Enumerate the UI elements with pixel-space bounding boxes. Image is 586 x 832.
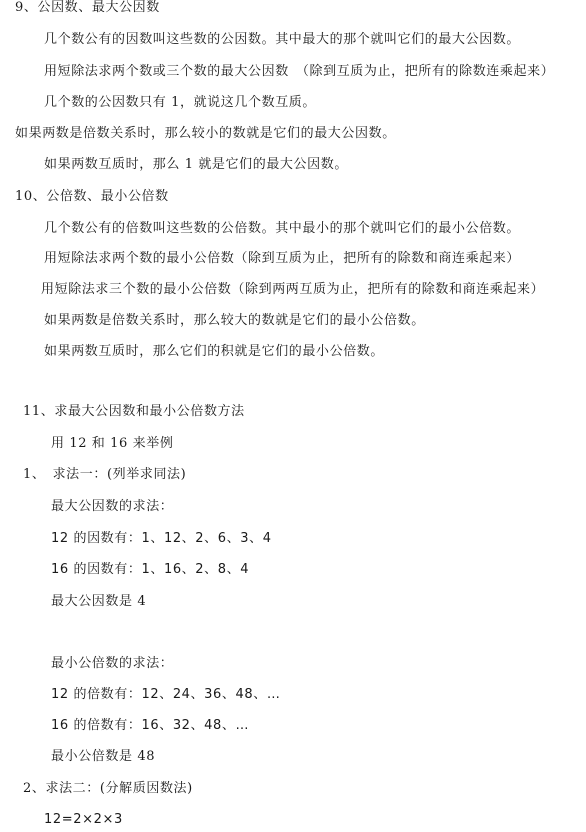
lcm-method-heading: 最小公倍数的求法： <box>51 656 173 672</box>
method-1-title: 1、 求法一：(列举求同法) <box>23 467 186 483</box>
gcf-coprime-rule: 如果两数互质时，那么 1 就是它们的最大公因数。 <box>44 157 348 173</box>
multiples-of-12: 12 的倍数有：12、24、36、48、… <box>51 687 280 703</box>
gcf-method-heading: 最大公因数的求法： <box>51 499 173 515</box>
gcf-multiple-rule: 如果两数是倍数关系时，那么较小的数就是它们的最大公因数。 <box>15 126 396 142</box>
lcm-result: 最小公倍数是 48 <box>51 749 155 765</box>
section-10-title: 10、公倍数、最小公倍数 <box>15 189 169 205</box>
prime-factorization-12: 12=2×2×3 <box>44 812 123 828</box>
coprime-definition: 几个数的公因数只有 1，就说这几个数互质。 <box>44 95 316 111</box>
section-9-title: 9、公因数、最大公因数 <box>15 0 160 16</box>
lcm-short-division-two: 用短除法求两个数的最小公倍数（除到互质为止，把所有的除数和商连乘起来） <box>44 251 520 267</box>
gcf-result: 最大公因数是 4 <box>51 594 146 610</box>
section-11-title: 11、求最大公因数和最小公倍数方法 <box>23 404 245 420</box>
lcm-coprime-rule: 如果两数互质时，那么它们的积就是它们的最小公倍数。 <box>44 344 384 360</box>
method-2-title: 2、求法二：(分解质因数法) <box>23 781 193 797</box>
gcf-definition: 几个数公有的因数叫这些数的公因数。其中最大的那个就叫它们的最大公因数。 <box>44 32 520 48</box>
lcm-definition: 几个数公有的倍数叫这些数的公倍数。其中最小的那个就叫它们的最小公倍数。 <box>44 221 520 237</box>
factors-of-12: 12 的因数有：1、12、2、6、3、4 <box>51 531 272 547</box>
lcm-short-division-three: 用短除法求三个数的最小公倍数（除到两两互质为止，把所有的除数和商连乘起来） <box>41 282 544 298</box>
multiples-of-16: 16 的倍数有：16、32、48、… <box>51 718 249 734</box>
lcm-multiple-rule: 如果两数是倍数关系时，那么较大的数就是它们的最小公倍数。 <box>44 313 425 329</box>
gcf-short-division: 用短除法求两个数或三个数的最大公因数 （除到互质为止，把所有的除数连乘起来） <box>44 64 554 80</box>
example-intro: 用 12 和 16 来举例 <box>51 436 173 452</box>
factors-of-16: 16 的因数有：1、16、2、8、4 <box>51 562 249 578</box>
